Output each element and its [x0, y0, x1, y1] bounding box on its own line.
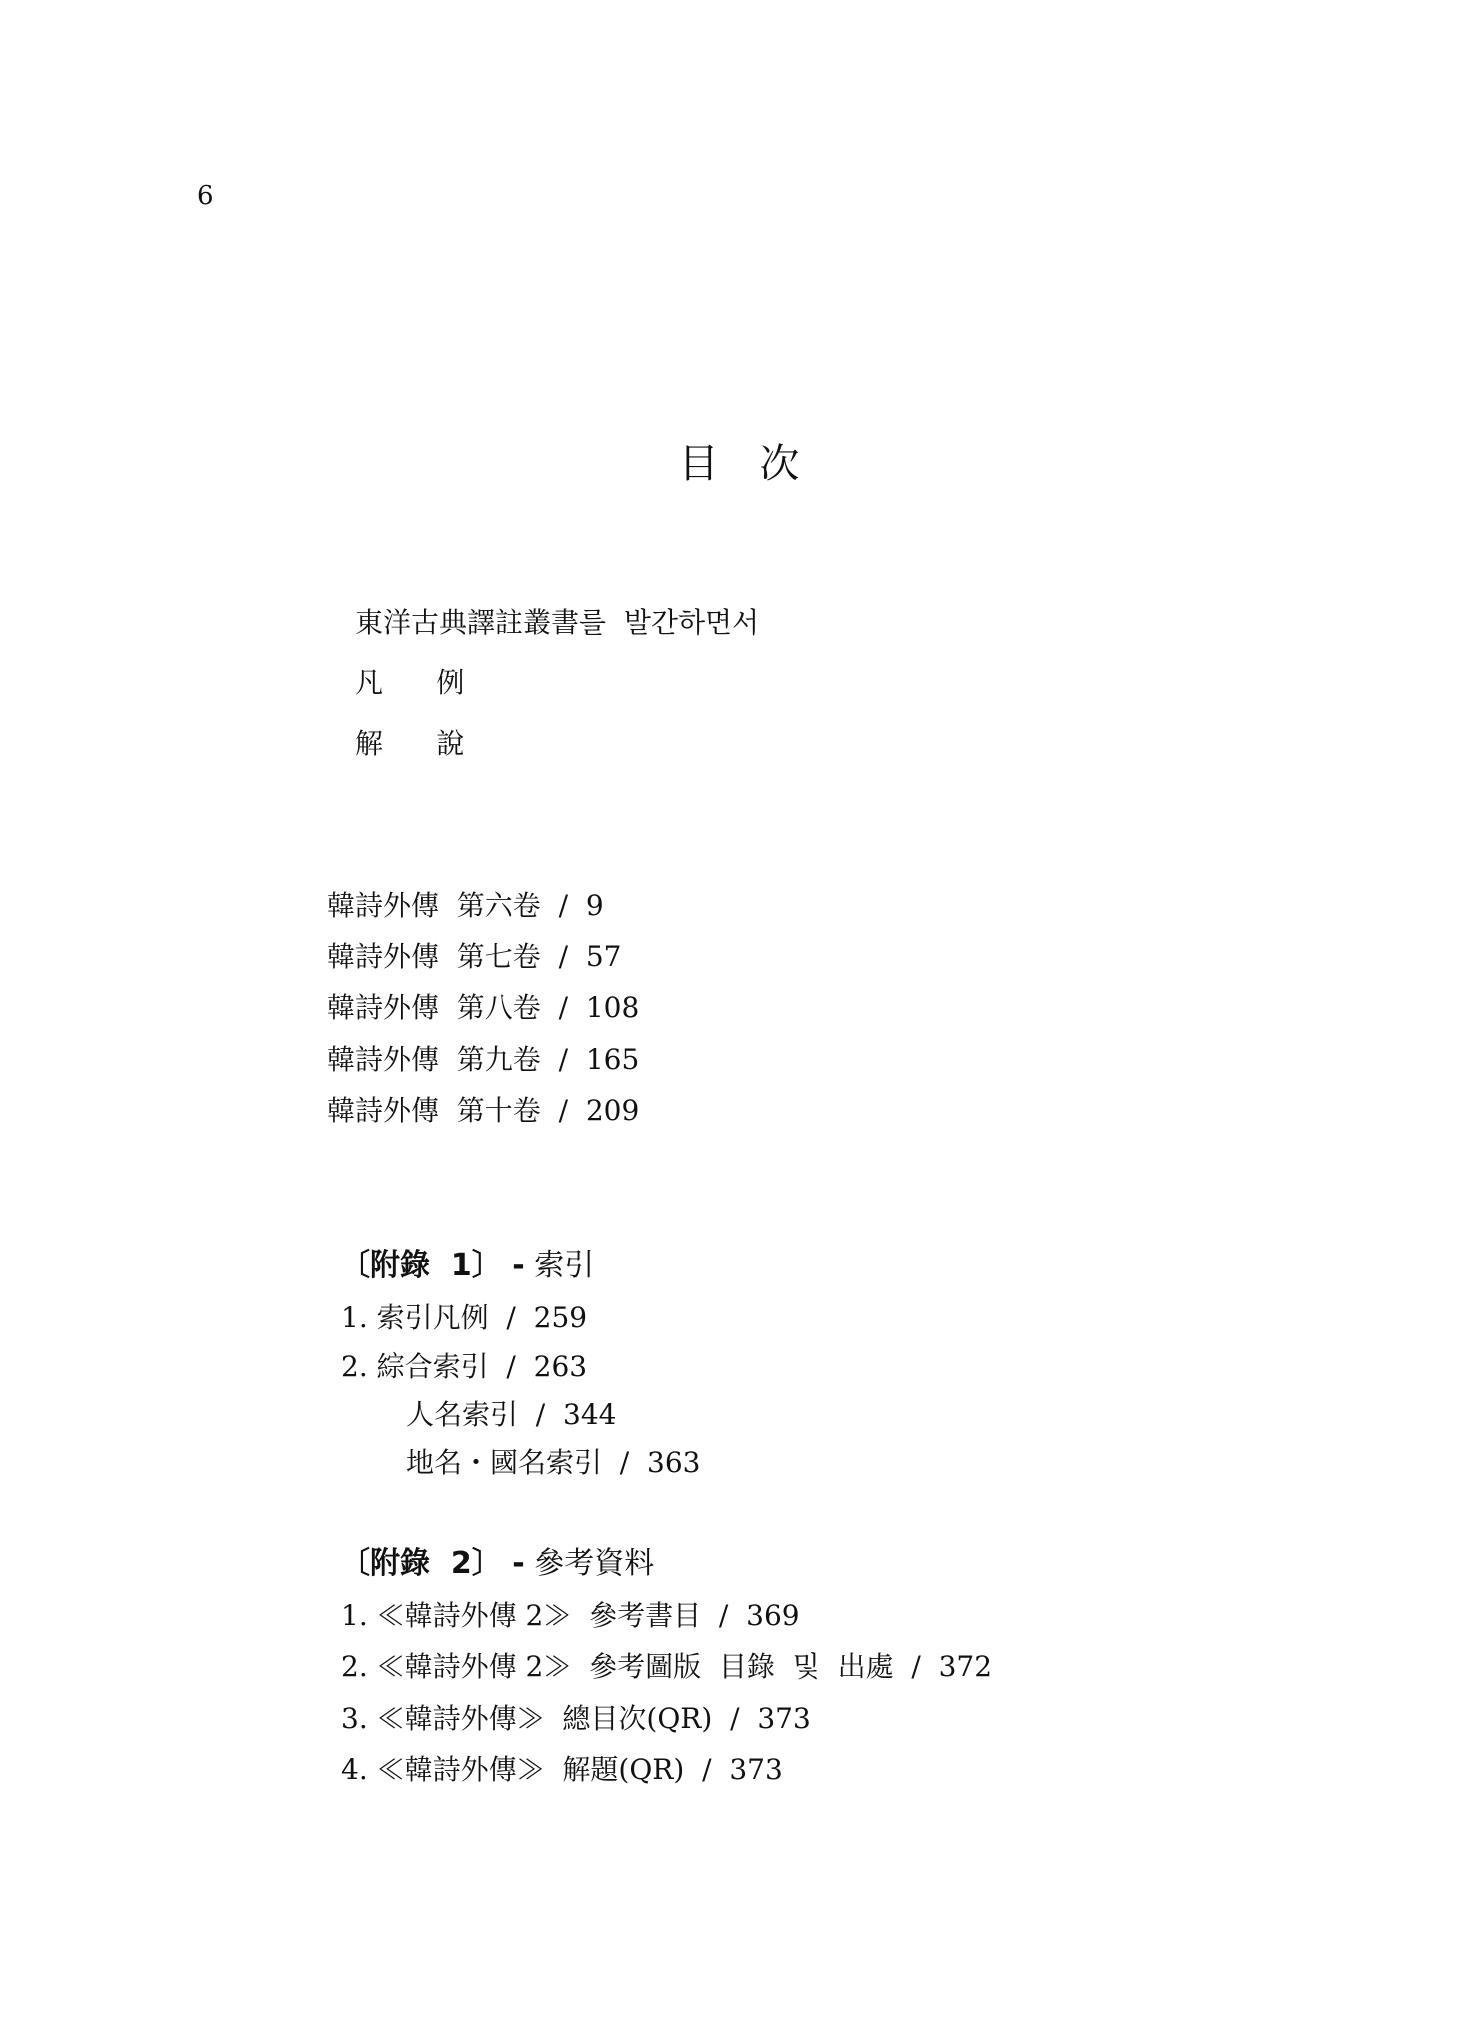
toc-entry-introduction[interactable]: 4. ≪韓詩外傳≫ 解題(QR) / 373 — [341, 1756, 783, 1784]
toc-entry-master-contents[interactable]: 3. ≪韓詩外傳≫ 總目次(QR) / 373 — [341, 1705, 811, 1733]
toc-entry-place-index[interactable]: 地名・國名索引 / 363 — [406, 1449, 700, 1477]
toc-entry-general-index[interactable]: 2. 綜合索引 / 263 — [341, 1353, 587, 1381]
appendix-1-heading-label: 〔附錄 1〕 - — [340, 1248, 525, 1283]
appendix-2-heading: 〔附錄 2〕 - 參考資料 — [340, 1549, 654, 1579]
page-title: 目 次 — [0, 444, 1480, 484]
appendix-2-heading-label: 〔附錄 2〕 - — [340, 1546, 525, 1581]
toc-entry-bibliography[interactable]: 1. ≪韓詩外傳 2≫ 參考書目 / 369 — [341, 1602, 800, 1630]
toc-entry-publication-note[interactable]: 東洋古典譯註叢書를 발간하면서 — [355, 609, 759, 637]
toc-entry-volume-6[interactable]: 韓詩外傳 第六卷 / 9 — [327, 892, 604, 920]
toc-entry-name-index[interactable]: 人名索引 / 344 — [406, 1401, 616, 1429]
toc-entry-commentary[interactable]: 解 說 — [355, 730, 464, 758]
toc-entry-volume-9[interactable]: 韓詩外傳 第九卷 / 165 — [327, 1046, 639, 1074]
appendix-2-heading-title: 參考資料 — [525, 1546, 655, 1581]
toc-entry-volume-7[interactable]: 韓詩外傳 第七卷 / 57 — [327, 943, 621, 971]
toc-entry-index-notes[interactable]: 1. 索引凡例 / 259 — [341, 1304, 587, 1332]
toc-entry-plates-list[interactable]: 2. ≪韓詩外傳 2≫ 參考圖版 目錄 및 出處 / 372 — [341, 1653, 992, 1681]
toc-entry-volume-8[interactable]: 韓詩外傳 第八卷 / 108 — [327, 994, 639, 1022]
page-number: 6 — [197, 183, 214, 209]
appendix-1-heading-title: 索引 — [525, 1248, 595, 1283]
toc-entry-explanatory-notes[interactable]: 凡 例 — [355, 669, 464, 697]
toc-entry-volume-10[interactable]: 韓詩外傳 第十卷 / 209 — [327, 1097, 639, 1125]
appendix-1-heading: 〔附錄 1〕 - 索引 — [340, 1251, 594, 1281]
